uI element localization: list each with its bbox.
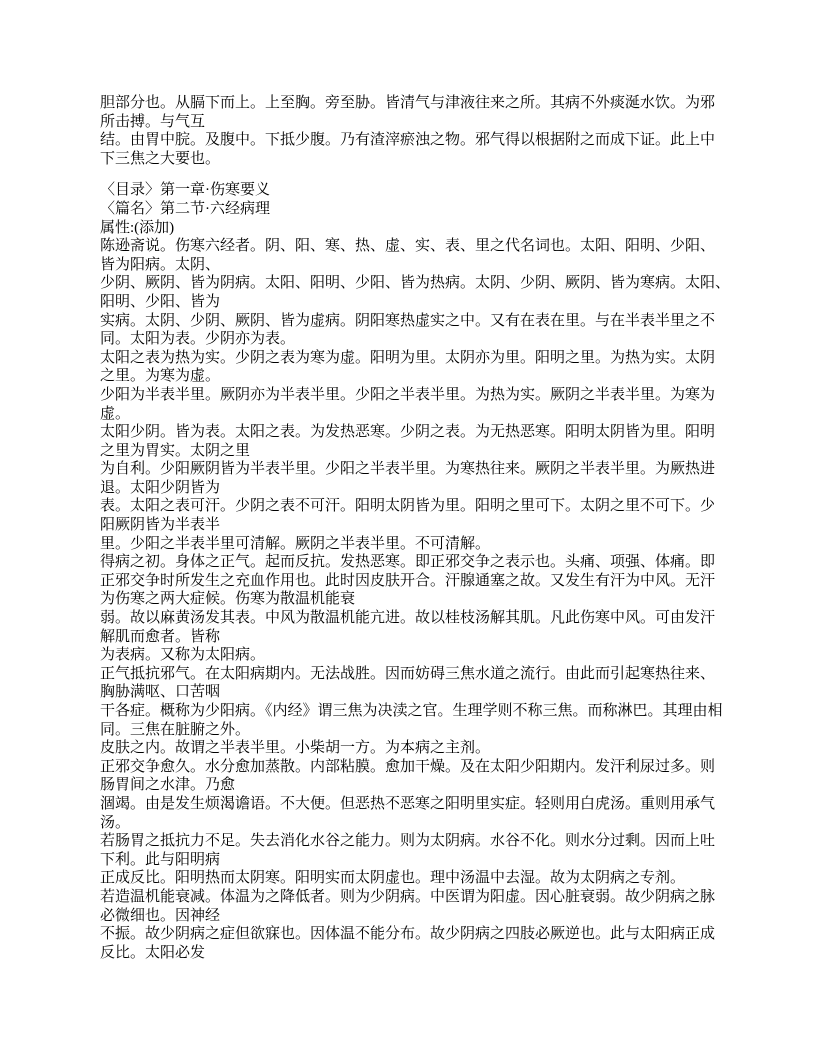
text-line: 为自利。少阳厥阴皆为半表半里。少阳之半表半里。为寒热往来。厥阴之半表半里。为厥热… [100, 460, 756, 479]
text-line: 皮肤之内。故谓之半表半里。小柴胡一方。为本病之主剂。 [100, 739, 756, 758]
text-line: 同。太阳为表。少阴亦为表。 [100, 330, 756, 349]
text-line: 为伤寒之两大症候。伤寒为散温机能衰 [100, 590, 756, 609]
text-line: 涸竭。由是发生烦渴谵语。不大便。但恶热不恶寒之阳明里实症。轻则用白虎汤。重则用承… [100, 795, 756, 814]
text-line: 太阳少阴。皆为表。太阳之表。为发热恶寒。少阴之表。为无热恶寒。阳明太阴皆为里。阳… [100, 423, 756, 442]
text-line: 为表病。又称为太阳病。 [100, 646, 756, 665]
text-line: 之里。为寒为虚。 [100, 367, 756, 386]
text-line: 虚。 [100, 405, 756, 424]
text-line: 若肠胃之抵抗力不足。失去消化水谷之能力。则为太阴病。水谷不化。则水分过剩。因而上… [100, 832, 756, 851]
paragraph-block-section-liu-jing-bing-li: 〈目录〉第一章·伤寒要义〈篇名〉第二节·六经病理属性:(添加)陈逊斋说。伤寒六经… [100, 181, 756, 962]
text-line: 所击搏。与气互 [100, 113, 756, 132]
text-line: 少阳为半表半里。厥阴亦为半表半里。少阳之半表半里。为热为实。厥阴之半表半里。为寒… [100, 386, 756, 405]
text-line: 胆部分也。从膈下而上。上至胸。旁至胁。皆清气与津液往来之所。其病不外痰涎水饮。为… [100, 94, 756, 113]
text-line: 退。太阳少阴皆为 [100, 479, 756, 498]
text-line: 太阳之表为热为实。少阴之表为寒为虚。阳明为里。太阴亦为里。阳明之里。为热为实。太… [100, 349, 756, 368]
text-line: 表。太阳之表可汗。少阴之表不可汗。阳明太阴皆为里。阳明之里可下。太阴之里不可下。… [100, 497, 756, 516]
text-line: 正邪交争愈久。水分愈加蒸散。内部粘膜。愈加干燥。及在太阳少阳期内。发汗利尿过多。… [100, 758, 756, 777]
text-line: 阳明、少阳、皆为 [100, 293, 756, 312]
text-line: 同。三焦在脏腑之外。 [100, 721, 756, 740]
text-line: 实病。太阴、少阴、厥阴、皆为虚病。阴阳寒热虚实之中。又有在表在里。与在半表半里之… [100, 312, 756, 331]
text-line: 阳厥阴皆为半表半 [100, 516, 756, 535]
text-line: 弱。故以麻黄汤发其表。中风为散温机能亢进。故以桂枝汤解其肌。凡此伤寒中风。可由发… [100, 609, 756, 628]
text-line: 皆为阳病。太阴、 [100, 256, 756, 275]
text-line: 结。由胃中脘。及腹中。下抵少腹。乃有渣滓瘀浊之物。邪气得以根据附之而成下证。此上… [100, 131, 756, 150]
text-line: 正气抵抗邪气。在太阳病期内。无法战胜。因而妨碍三焦水道之流行。由此而引起寒热往来… [100, 665, 756, 684]
text-line: 陈逊斋说。伤寒六经者。阴、阳、寒、热、虚、实、表、里之代名词也。太阳、阳明、少阳… [100, 237, 756, 256]
document-page: 胆部分也。从膈下而上。上至胸。旁至胁。皆清气与津液往来之所。其病不外痰涎水饮。为… [0, 0, 816, 1056]
text-line: 少阴、厥阴、皆为阴病。太阳、阳明、少阳、皆为热病。太阴、少阴、厥阴、皆为寒病。太… [100, 274, 756, 293]
text-line: 汤。 [100, 814, 756, 833]
text-line: 若造温机能衰减。体温为之降低者。则为少阴病。中医谓为阳虚。因心脏衰弱。故少阴病之… [100, 888, 756, 907]
text-line: 干各症。概称为少阳病。《内经》谓三焦为决渎之官。生理学则不称三焦。而称淋巴。其理… [100, 702, 756, 721]
text-line: 不振。故少阴病之症但欲寐也。因体温不能分布。故少阴病之四肢必厥逆也。此与太阳病正… [100, 925, 756, 944]
text-line: 属性:(添加) [100, 219, 756, 238]
text-line: 胸胁满呕、口苦咽 [100, 683, 756, 702]
paragraph-block-preceding-paragraph-san-jiao-summary: 胆部分也。从膈下而上。上至胸。旁至胁。皆清气与津液往来之所。其病不外痰涎水饮。为… [100, 94, 756, 168]
text-line: 解肌而愈者。皆称 [100, 628, 756, 647]
text-line: 必微细也。因神经 [100, 907, 756, 926]
text-line: 正成反比。阳明热而太阴寒。阳明实而太阴虚也。理中汤温中去湿。故为太阴病之专剂。 [100, 869, 756, 888]
text-line: 肠胃间之水津。乃愈 [100, 776, 756, 795]
text-line: 得病之初。身体之正气。起而反抗。发热恶寒。即正邪交争之表示也。头痛、项强、体痛。… [100, 553, 756, 572]
text-line: 〈篇名〉第二节·六经病理 [100, 200, 756, 219]
text-line: 下利。此与阳明病 [100, 851, 756, 870]
text-line: 〈目录〉第一章·伤寒要义 [100, 181, 756, 200]
text-line: 下三焦之大要也。 [100, 150, 756, 169]
document-body: 胆部分也。从膈下而上。上至胸。旁至胁。皆清气与津液往来之所。其病不外痰涎水饮。为… [100, 94, 756, 962]
text-line: 正邪交争时所发生之充血作用也。此时因皮肤开合。汗腺通塞之故。又发生有汗为中风。无… [100, 572, 756, 591]
text-line: 里。少阳之半表半里可清解。厥阴之半表半里。不可清解。 [100, 535, 756, 554]
text-line: 反比。太阳必发 [100, 944, 756, 963]
text-line: 之里为胃实。太阴之里 [100, 442, 756, 461]
